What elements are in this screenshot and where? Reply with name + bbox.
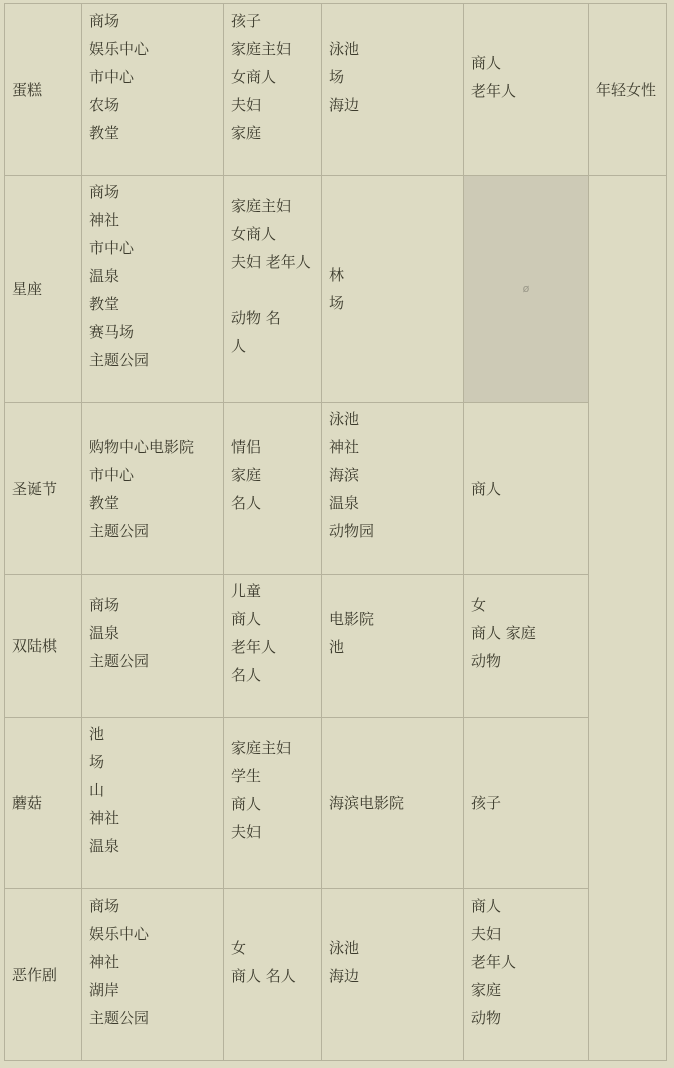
- other: 动物: [471, 647, 581, 675]
- place: 商场: [89, 892, 216, 920]
- people-cell: 女 商人 名人: [224, 889, 322, 1061]
- table-row: 蘑菇 池 场 山 神社 温泉 家庭主妇 学生 商人 夫妇 海滨电影院 孩子: [5, 718, 667, 889]
- person: 女商人: [231, 220, 314, 248]
- place: 市中心: [89, 234, 216, 262]
- person: 家庭: [231, 461, 314, 489]
- person: 家庭主妇: [231, 734, 314, 762]
- other: 家庭: [471, 976, 581, 1004]
- location: 泳池: [329, 35, 456, 63]
- place: 湖岸: [89, 976, 216, 1004]
- others-cell: 女 商人 家庭 动物: [464, 575, 589, 718]
- place: 主题公园: [89, 1004, 216, 1032]
- person: 家庭主妇: [231, 35, 314, 63]
- place: 购物中心电影院: [89, 433, 216, 461]
- location: 神社: [329, 433, 456, 461]
- item-name-cell: 蛋糕: [5, 4, 82, 176]
- other: 商人 家庭: [471, 619, 581, 647]
- item-name-cell: 双陆棋: [5, 575, 82, 718]
- other: 商人: [471, 49, 581, 77]
- location: 场: [329, 63, 456, 91]
- extra-cell: 年轻女性: [589, 4, 667, 176]
- places-cell: 商场 娱乐中心 市中心 农场 教堂: [82, 4, 224, 176]
- person: 女: [231, 934, 314, 962]
- location: 海滨: [329, 461, 456, 489]
- place: 温泉: [89, 832, 216, 860]
- places-cell: 购物中心电影院 市中心 教堂 主题公园: [82, 403, 224, 575]
- place: 神社: [89, 948, 216, 976]
- person: 夫妇: [231, 818, 314, 846]
- extra-cell-merged: [589, 176, 667, 1061]
- location: 场: [329, 289, 456, 317]
- person: 人: [231, 332, 314, 360]
- location: 林: [329, 261, 456, 289]
- empty-cell: ø: [464, 176, 589, 403]
- item-name-cell: 星座: [5, 176, 82, 403]
- gift-preference-table: 蛋糕 商场 娱乐中心 市中心 农场 教堂 孩子 家庭主妇 女商人 夫妇 家庭 泳…: [4, 3, 667, 1061]
- location: 泳池: [329, 934, 456, 962]
- person: 家庭主妇: [231, 192, 314, 220]
- other: 老年人: [471, 77, 581, 105]
- place: 教堂: [89, 119, 216, 147]
- location: 温泉: [329, 489, 456, 517]
- place: 市中心: [89, 63, 216, 91]
- locations-cell: 泳池 神社 海滨 温泉 动物园: [322, 403, 464, 575]
- place: 市中心: [89, 461, 216, 489]
- people-cell: 儿童 商人 老年人 名人: [224, 575, 322, 718]
- others-cell: 商人 老年人: [464, 4, 589, 176]
- location: 电影院: [329, 605, 456, 633]
- places-cell: 商场 神社 市中心 温泉 教堂 赛马场 主题公园: [82, 176, 224, 403]
- place: 农场: [89, 91, 216, 119]
- people-cell: 情侣 家庭 名人: [224, 403, 322, 575]
- place: 山: [89, 776, 216, 804]
- places-cell: 池 场 山 神社 温泉: [82, 718, 224, 889]
- other: 夫妇: [471, 920, 581, 948]
- item-name-cell: 蘑菇: [5, 718, 82, 889]
- locations-cell: 海滨电影院: [322, 718, 464, 889]
- other: 孩子: [471, 789, 581, 817]
- others-cell: 商人: [464, 403, 589, 575]
- place: 场: [89, 748, 216, 776]
- location: 动物园: [329, 517, 456, 545]
- other: 商人: [471, 475, 581, 503]
- person: 学生: [231, 762, 314, 790]
- person: 老年人: [231, 633, 314, 661]
- table-row: 星座 商场 神社 市中心 温泉 教堂 赛马场 主题公园 家庭主妇 女商人 夫妇 …: [5, 176, 667, 403]
- place: 商场: [89, 591, 216, 619]
- table-row: 双陆棋 商场 温泉 主题公园 儿童 商人 老年人 名人 电影院 池 女 商人 家…: [5, 575, 667, 718]
- place: 神社: [89, 206, 216, 234]
- person: 动物 名: [231, 304, 314, 332]
- place: 教堂: [89, 489, 216, 517]
- item-name-cell: 圣诞节: [5, 403, 82, 575]
- location: 海边: [329, 962, 456, 990]
- person: 名人: [231, 489, 314, 517]
- person: 商人: [231, 790, 314, 818]
- place: 商场: [89, 178, 216, 206]
- places-cell: 商场 娱乐中心 神社 湖岸 主题公园: [82, 889, 224, 1061]
- person: 家庭: [231, 119, 314, 147]
- other: 动物: [471, 1004, 581, 1032]
- others-cell: 孩子: [464, 718, 589, 889]
- place: 主题公园: [89, 517, 216, 545]
- person: 商人 名人: [231, 962, 314, 990]
- location: 池: [329, 633, 456, 661]
- person: 夫妇: [231, 91, 314, 119]
- people-cell: 家庭主妇 学生 商人 夫妇: [224, 718, 322, 889]
- place: 温泉: [89, 262, 216, 290]
- table-row: 恶作剧 商场 娱乐中心 神社 湖岸 主题公园 女 商人 名人 泳池 海边 商人 …: [5, 889, 667, 1061]
- person: 商人: [231, 605, 314, 633]
- place: 主题公园: [89, 346, 216, 374]
- location: 泳池: [329, 405, 456, 433]
- place: 神社: [89, 804, 216, 832]
- other: 老年人: [471, 948, 581, 976]
- place: 赛马场: [89, 318, 216, 346]
- person: 名人: [231, 661, 314, 689]
- person: 夫妇 老年人: [231, 248, 314, 276]
- place: 教堂: [89, 290, 216, 318]
- locations-cell: 林 场: [322, 176, 464, 403]
- location: 海边: [329, 91, 456, 119]
- other: 商人: [471, 892, 581, 920]
- place: 池: [89, 720, 216, 748]
- location: 海滨电影院: [329, 789, 456, 817]
- item-name-cell: 恶作剧: [5, 889, 82, 1061]
- other: 女: [471, 591, 581, 619]
- table-row: 蛋糕 商场 娱乐中心 市中心 农场 教堂 孩子 家庭主妇 女商人 夫妇 家庭 泳…: [5, 4, 667, 176]
- person: 孩子: [231, 7, 314, 35]
- page: 蛋糕 商场 娱乐中心 市中心 农场 教堂 孩子 家庭主妇 女商人 夫妇 家庭 泳…: [4, 3, 667, 1061]
- person: 情侣: [231, 433, 314, 461]
- locations-cell: 电影院 池: [322, 575, 464, 718]
- place: 娱乐中心: [89, 35, 216, 63]
- people-cell: 孩子 家庭主妇 女商人 夫妇 家庭: [224, 4, 322, 176]
- locations-cell: 泳池 海边: [322, 889, 464, 1061]
- locations-cell: 泳池 场 海边: [322, 4, 464, 176]
- table-row: 圣诞节 购物中心电影院 市中心 教堂 主题公园 情侣 家庭 名人 泳池 神社 海…: [5, 403, 667, 575]
- person: 儿童: [231, 577, 314, 605]
- person: 女商人: [231, 63, 314, 91]
- place: 商场: [89, 7, 216, 35]
- place: 温泉: [89, 619, 216, 647]
- others-cell: 商人 夫妇 老年人 家庭 动物: [464, 889, 589, 1061]
- people-cell: 家庭主妇 女商人 夫妇 老年人 动物 名 人: [224, 176, 322, 403]
- place: 主题公园: [89, 647, 216, 675]
- spacer: [231, 276, 314, 304]
- place: 娱乐中心: [89, 920, 216, 948]
- places-cell: 商场 温泉 主题公园: [82, 575, 224, 718]
